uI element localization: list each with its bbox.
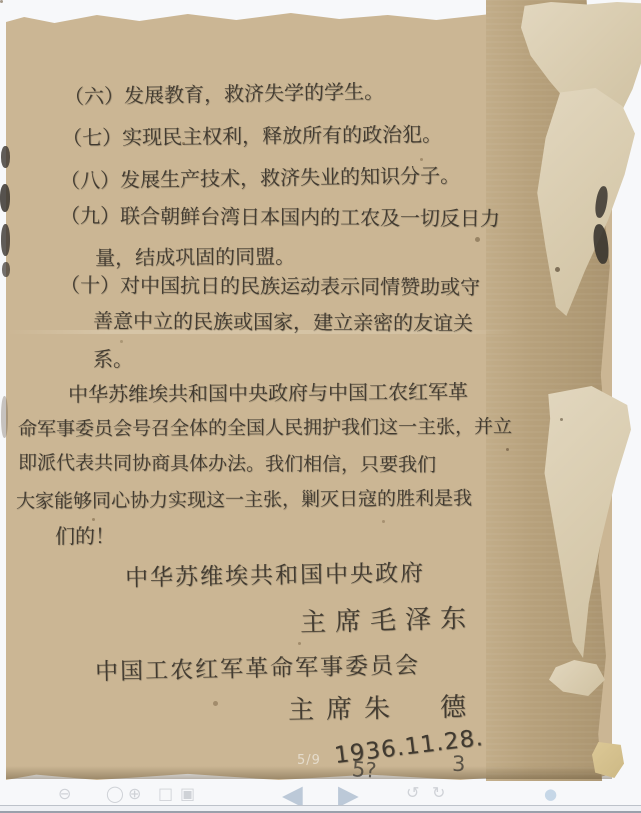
manuscript-line-8: （八）发展生产技术，救济失业的知识分子。	[60, 159, 460, 194]
ink-blotch	[1, 224, 10, 256]
signature-org-military-commission: 中国工农红军革命军事委员会	[95, 647, 421, 687]
download-icon[interactable]: ●	[544, 787, 557, 802]
signature-chairman-mao-zedong: 主席毛泽东	[300, 598, 476, 640]
manuscript-paragraph-4: 大家能够同心协力实现这一主张，剿灭日寇的胜利是我	[16, 483, 472, 513]
ink-blotch	[0, 184, 10, 212]
pencil-annotation: 5?	[351, 757, 377, 783]
manuscript-paragraph-3: 即派代表共同协商具体办法。我们相信，只要我们	[18, 448, 436, 477]
ink-blotch	[1, 396, 8, 438]
rotate-right-icon[interactable]: ↻	[432, 785, 445, 801]
manuscript-line-10c: 系。	[93, 343, 133, 372]
torn-tissue-fragment-corner	[592, 742, 624, 778]
manuscript-paragraph-1: 中华苏维埃共和国中央政府与中国工农红军革	[68, 376, 468, 408]
paper-speckles	[0, 0, 3, 3]
manuscript-line-10a: （十）对中国抗日的民族运动表示同情赞助或守	[60, 269, 480, 300]
manuscript-line-7: （七）实现民主权利，释放所有的政治犯。	[62, 118, 442, 151]
zoom-in-icon[interactable]: ⊕	[128, 786, 141, 802]
signature-chairman-zhu-de: 主席朱 德	[288, 686, 479, 726]
ink-blotch	[2, 262, 10, 277]
manuscript-paragraph-2: 命军事委员会号召全体的全国人民拥护我们这一主张，并立	[18, 412, 512, 442]
viewer-page-indicator: 5/9	[297, 753, 321, 768]
manuscript-line-10b: 善意中立的民族或国家，建立亲密的友谊关	[93, 305, 473, 337]
zoom-reset-icon[interactable]: ◯	[106, 786, 124, 802]
rotate-left-icon[interactable]: ↺	[406, 785, 419, 801]
manuscript-line-9a: （九）联合朝鲜台湾日本国内的工农及一切反日力	[60, 199, 500, 231]
manuscript-line-6: （六）发展教育，救济失学的学生。	[64, 75, 384, 110]
fullscreen-icon[interactable]: ▣	[180, 786, 195, 802]
manuscript-paragraph-5: 们的！	[55, 520, 115, 549]
page-number: 3	[452, 752, 465, 776]
ink-blotch	[1, 146, 10, 168]
signature-org-central-government: 中华苏维埃共和国中央政府	[125, 554, 426, 592]
fit-page-icon[interactable]: □	[158, 786, 173, 802]
document-scan-viewer: （六）发展教育，救济失学的学生。 （七）实现民主权利，释放所有的政治犯。 （八）…	[0, 0, 641, 813]
manuscript-line-9b: 量，结成巩固的同盟。	[95, 240, 295, 271]
zoom-out-icon[interactable]: ⊖	[58, 786, 71, 802]
